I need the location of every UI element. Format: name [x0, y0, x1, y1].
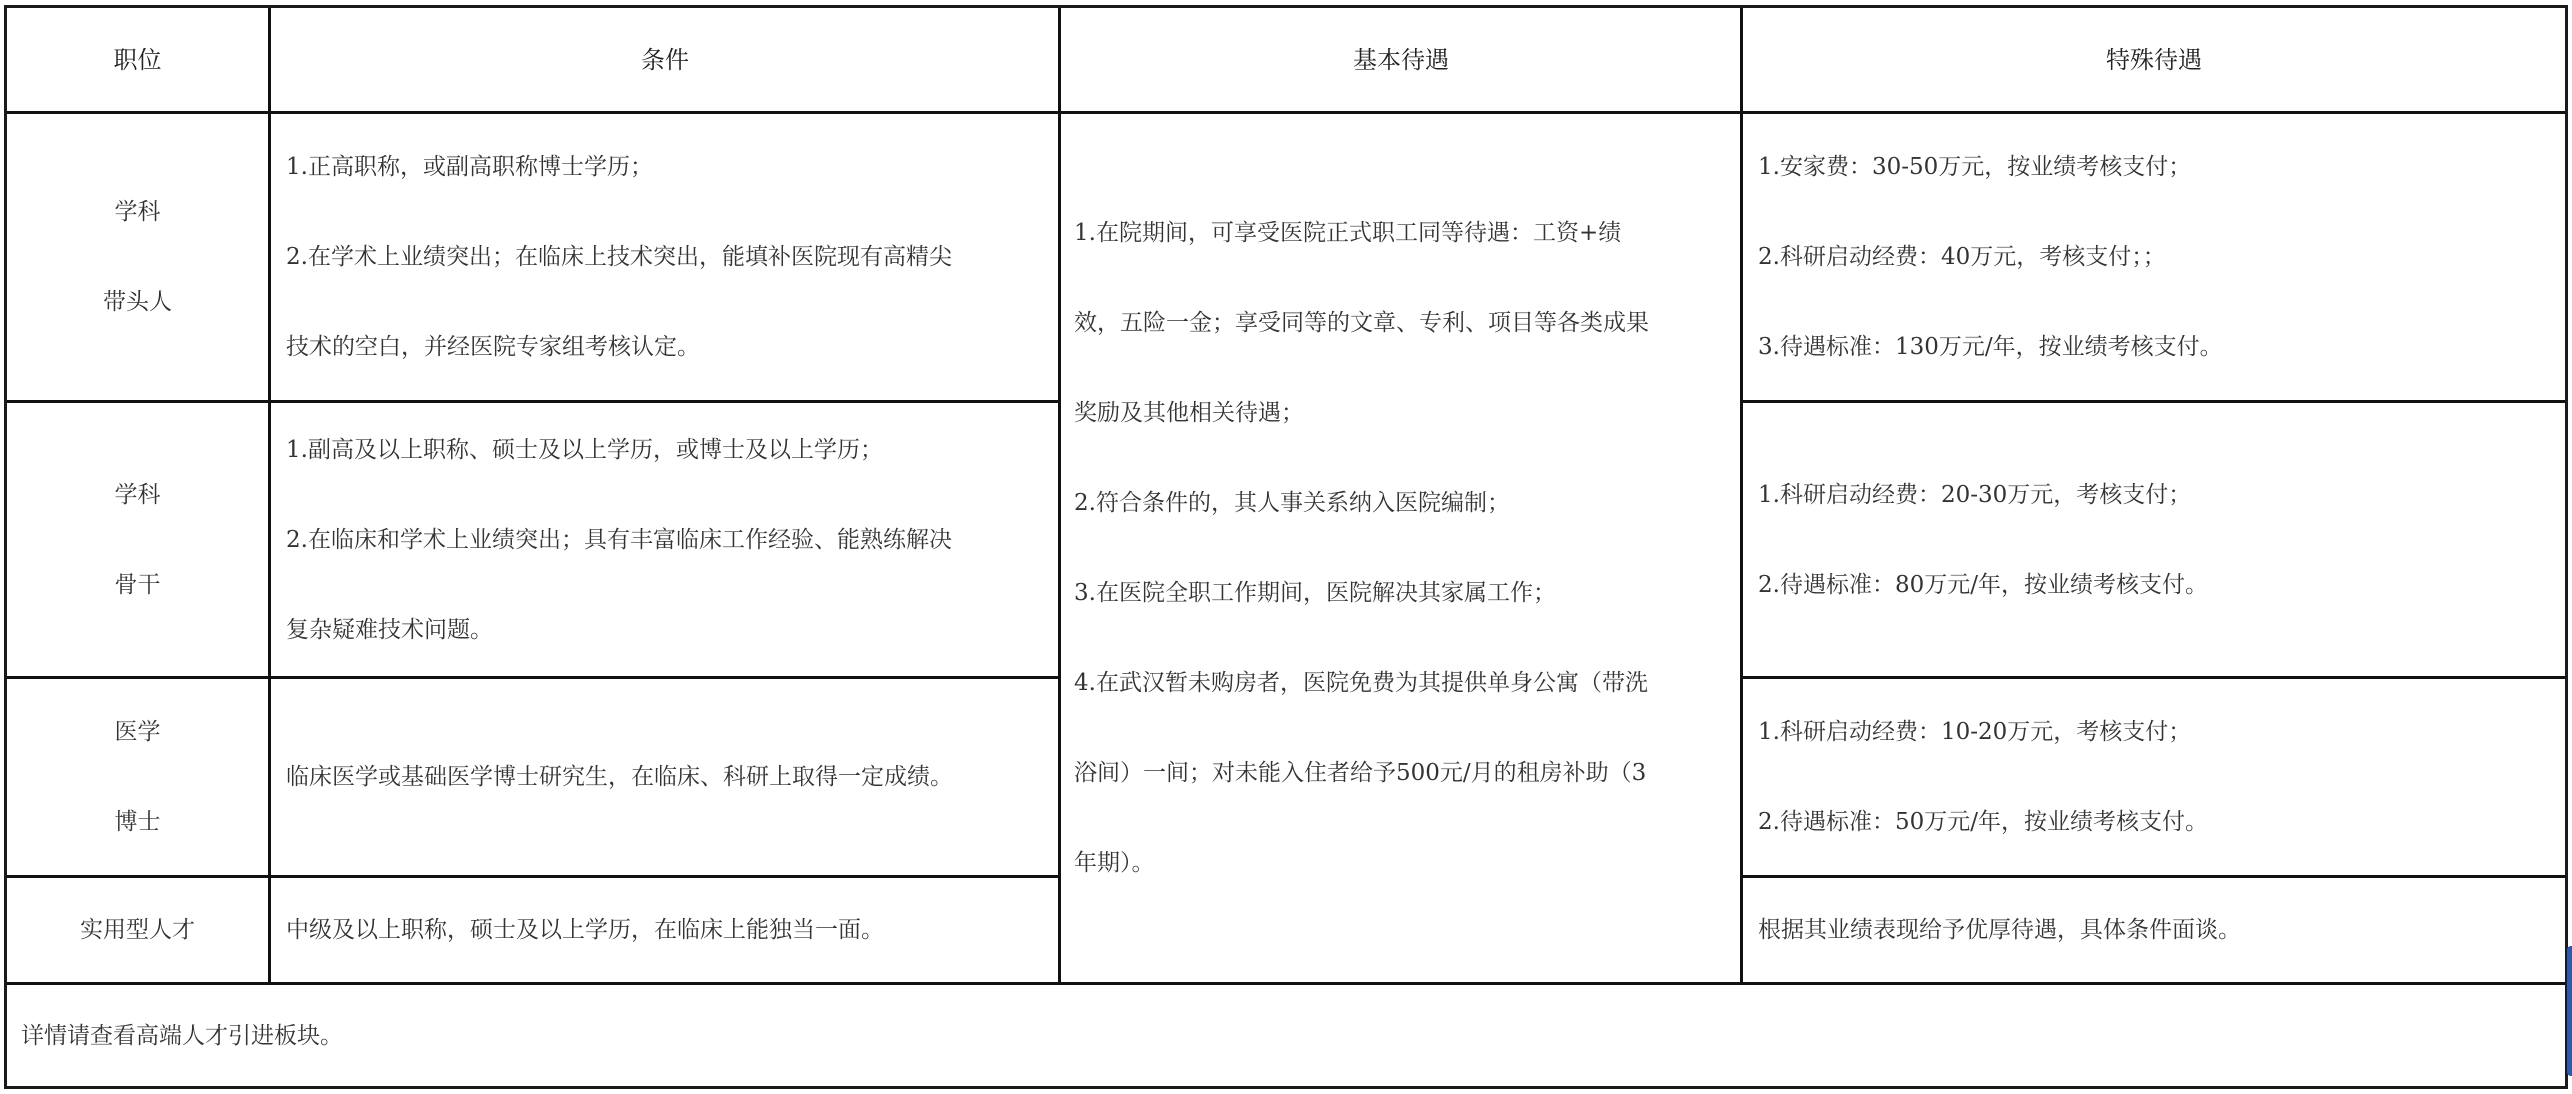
row3-conditions: 临床医学或基础医学博士研究生，在临床、科研上取得一定成绩。	[271, 679, 1059, 875]
row1-special: 1.安家费：30-50万元，按业绩考核支付； 2.科研启动经费：40万元，考核支…	[1743, 114, 2565, 400]
header-special-benefits-label: 特殊待遇	[2106, 45, 2202, 75]
row1-conditions: 1.正高职称，或副高职称博士学历； 2.在学术上业绩突出；在临床上技术突出，能填…	[271, 114, 1059, 400]
talent-recruitment-table: 职位 条件 基本待遇 特殊待遇 学科 带头人 1.正高职称，或副高职称博士学历；…	[4, 5, 2568, 1089]
footnote-row: 详情请查看高端人才引进板块。	[7, 985, 2565, 1086]
header-special-benefits: 特殊待遇	[1743, 8, 2565, 111]
header-basic-benefits: 基本待遇	[1061, 8, 1741, 111]
row3-special-2: 2.待遇标准：50万元/年，按业绩考核支付。	[1758, 777, 2565, 867]
row2-position: 学科 骨干	[7, 403, 268, 676]
row1-special-3: 3.待遇标准：130万元/年，按业绩考核支付。	[1758, 302, 2565, 392]
floating-side-widget-edge[interactable]	[2567, 946, 2572, 1076]
row2-special: 1.科研启动经费：20-30万元，考核支付； 2.待遇标准：80万元/年，按业绩…	[1743, 403, 2565, 676]
divider-col3	[1740, 8, 1743, 985]
header-conditions-label: 条件	[641, 45, 689, 75]
row3-condition-1: 临床医学或基础医学博士研究生，在临床、科研上取得一定成绩。	[286, 732, 1059, 822]
row3-position: 医学 博士	[7, 679, 268, 875]
header-basic-benefits-label: 基本待遇	[1353, 45, 1449, 75]
header-position: 职位	[7, 8, 268, 111]
row2-special-1: 1.科研启动经费：20-30万元，考核支付；	[1758, 450, 2565, 540]
divider-col2	[1058, 8, 1061, 985]
basic-benefit-line-1: 1.在院期间，可享受医院正式职工同等待遇：工资+绩	[1074, 188, 1741, 278]
row4-special-1: 根据其业绩表现给予优厚待遇，具体条件面谈。	[1758, 885, 2565, 975]
divider-row1-left	[7, 400, 1061, 403]
row3-special: 1.科研启动经费：10-20万元，考核支付； 2.待遇标准：50万元/年，按业绩…	[1743, 679, 2565, 875]
row3-position-line1: 医学	[115, 687, 161, 777]
basic-benefit-line-8: 年期）。	[1074, 818, 1741, 908]
header-position-label: 职位	[114, 45, 162, 75]
basic-benefit-line-7: 浴间）一间；对未能入住者给予500元/月的租房补助（3	[1074, 728, 1741, 818]
row4-position-line1: 实用型人才	[80, 885, 195, 975]
row2-position-line2: 骨干	[115, 540, 161, 630]
divider-row3-right	[1741, 875, 2565, 878]
row1-condition-3: 技术的空白，并经医院专家组考核认定。	[286, 302, 1059, 392]
divider-row2-right	[1741, 676, 2565, 679]
divider-header	[7, 111, 2565, 114]
divider-row1-right	[1741, 400, 2565, 403]
divider-footnote	[7, 982, 2565, 985]
row4-conditions: 中级及以上职称，硕士及以上学历，在临床上能独当一面。	[271, 878, 1059, 982]
row3-position-line2: 博士	[115, 777, 161, 867]
basic-benefit-line-3: 奖励及其他相关待遇；	[1074, 368, 1741, 458]
footnote-text: 详情请查看高端人才引进板块。	[21, 991, 2565, 1081]
row1-position: 学科 带头人	[7, 114, 268, 400]
row3-special-1: 1.科研启动经费：10-20万元，考核支付；	[1758, 687, 2565, 777]
row2-condition-1: 1.副高及以上职称、硕士及以上学历，或博士及以上学历；	[286, 405, 1059, 495]
basic-benefit-line-6: 4.在武汉暂未购房者，医院免费为其提供单身公寓（带洗	[1074, 638, 1741, 728]
row1-special-2: 2.科研启动经费：40万元，考核支付；；	[1758, 212, 2565, 302]
row4-condition-1: 中级及以上职称，硕士及以上学历，在临床上能独当一面。	[286, 885, 1059, 975]
basic-benefit-line-5: 3.在医院全职工作期间，医院解决其家属工作；	[1074, 548, 1741, 638]
basic-benefit-line-2: 效，五险一金；享受同等的文章、专利、项目等各类成果	[1074, 278, 1741, 368]
row1-condition-2: 2.在学术上业绩突出；在临床上技术突出，能填补医院现有高精尖	[286, 212, 1059, 302]
row2-condition-2: 2.在临床和学术上业绩突出；具有丰富临床工作经验、能熟练解决	[286, 495, 1059, 585]
row2-position-line1: 学科	[115, 450, 161, 540]
row2-special-2: 2.待遇标准：80万元/年，按业绩考核支付。	[1758, 540, 2565, 630]
row1-special-1: 1.安家费：30-50万元，按业绩考核支付；	[1758, 122, 2565, 212]
header-conditions: 条件	[271, 8, 1059, 111]
row1-condition-1: 1.正高职称，或副高职称博士学历；	[286, 122, 1059, 212]
row1-position-line2: 带头人	[103, 257, 172, 347]
divider-row2-left	[7, 676, 1061, 679]
row2-conditions: 1.副高及以上职称、硕士及以上学历，或博士及以上学历； 2.在临床和学术上业绩突…	[271, 403, 1059, 676]
row4-position: 实用型人才	[7, 878, 268, 982]
divider-row3-left	[7, 875, 1061, 878]
divider-col1	[268, 8, 271, 985]
row1-position-line1: 学科	[115, 167, 161, 257]
basic-benefit-line-4: 2.符合条件的，其人事关系纳入医院编制；	[1074, 458, 1741, 548]
row2-condition-3: 复杂疑难技术问题。	[286, 585, 1059, 675]
row4-special: 根据其业绩表现给予优厚待遇，具体条件面谈。	[1743, 878, 2565, 982]
basic-benefits-merged: 1.在院期间，可享受医院正式职工同等待遇：工资+绩 效，五险一金；享受同等的文章…	[1061, 114, 1741, 982]
